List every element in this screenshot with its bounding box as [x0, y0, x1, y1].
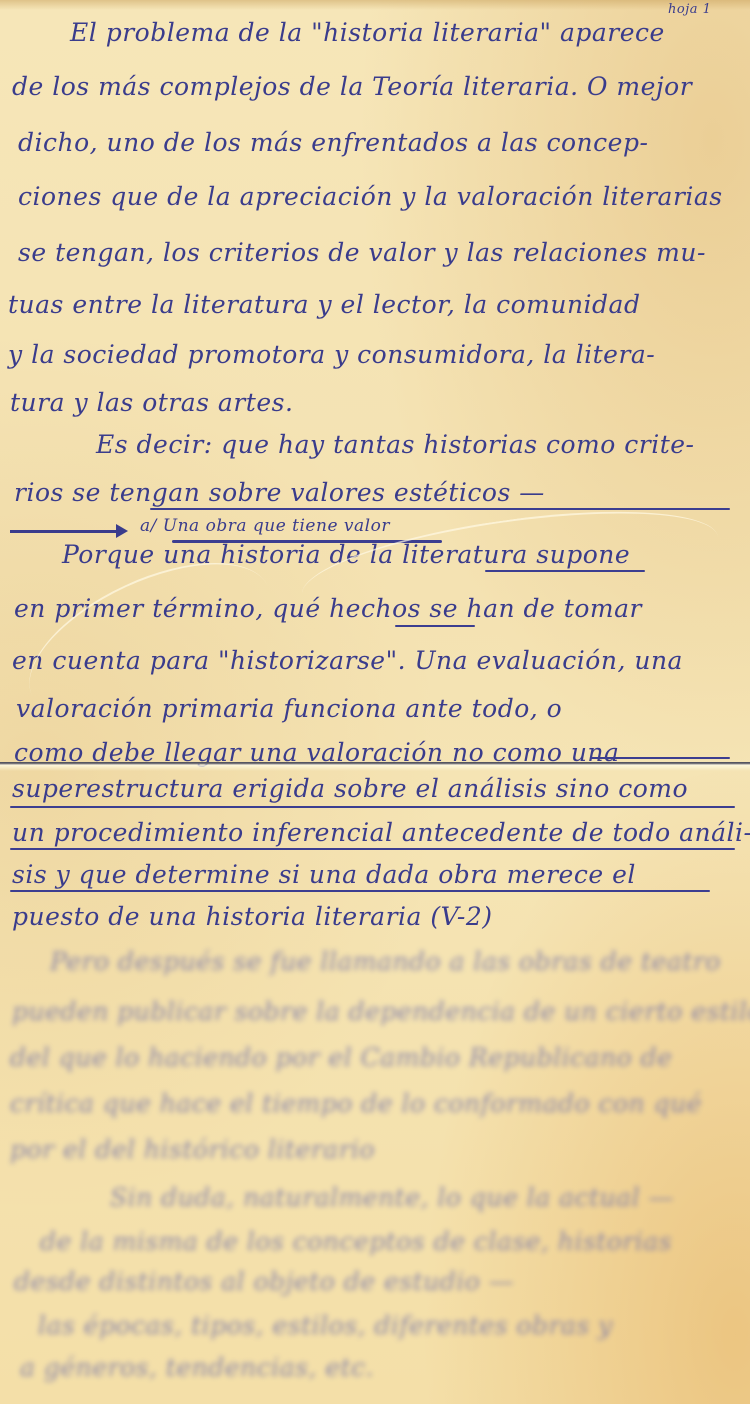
- obscured-line: a géneros, tendencias, etc.: [20, 1353, 374, 1383]
- manuscript-line: se tengan, los criterios de valor y las …: [18, 238, 706, 268]
- manuscript-line: dicho, uno de los más enfrentados a las …: [18, 128, 648, 158]
- manuscript-line: tura y las otras artes.: [10, 388, 293, 418]
- obscured-line: las épocas, tipos, estilos, diferentes o…: [38, 1311, 613, 1341]
- underline-stroke: [10, 890, 710, 892]
- paper-fold-highlight: [0, 765, 750, 771]
- manuscript-page: hoja 1 El problema de la "historia liter…: [0, 0, 750, 1404]
- manuscript-line: un procedimiento inferencial antecedente…: [12, 818, 750, 848]
- obscured-text-region: Pero después se fue llamando a las obras…: [0, 925, 750, 1395]
- manuscript-line: ciones que de la apreciación y la valora…: [18, 182, 723, 212]
- obscured-line: Pero después se fue llamando a las obras…: [50, 947, 721, 977]
- obscured-line: pueden publicar sobre la dependencia de …: [12, 997, 750, 1027]
- underline-stroke: [150, 508, 730, 510]
- underline-stroke: [395, 625, 475, 627]
- manuscript-line: rios se tengan sobre valores estéticos —: [14, 478, 545, 508]
- obscured-line: desde distintos al objeto de estudio —: [14, 1267, 514, 1297]
- paper-top-edge: [0, 0, 750, 10]
- manuscript-line: El problema de la "historia literaria" a…: [70, 18, 665, 48]
- manuscript-line: Es decir: que hay tantas historias como …: [96, 430, 695, 460]
- underline-stroke: [10, 848, 735, 850]
- manuscript-line: tuas entre la literatura y el lector, la…: [8, 290, 640, 320]
- manuscript-line: superestructura erigida sobre el análisi…: [12, 774, 688, 804]
- obscured-line: Sin duda, naturalmente, lo que la actual…: [110, 1183, 674, 1213]
- underline-stroke: [10, 806, 735, 808]
- obscured-line: crítica que hace el tiempo de lo conform…: [10, 1089, 702, 1119]
- obscured-line: del que lo haciendo por el Cambio Republ…: [10, 1043, 672, 1073]
- arrow-icon: [10, 530, 118, 533]
- margin-insert-note: a/ Una obra que tiene valor: [140, 516, 390, 536]
- page-marker: hoja 1: [668, 2, 711, 17]
- manuscript-line: sis y que determine si una dada obra mer…: [12, 860, 636, 890]
- manuscript-line: y la sociedad promotora y consumidora, l…: [8, 340, 655, 370]
- manuscript-line: de los más complejos de la Teoría litera…: [12, 72, 692, 102]
- obscured-line: de la misma de los conceptos de clase, h…: [40, 1227, 672, 1257]
- obscured-line: por el del histórico literario: [10, 1135, 375, 1165]
- underline-stroke: [590, 757, 730, 759]
